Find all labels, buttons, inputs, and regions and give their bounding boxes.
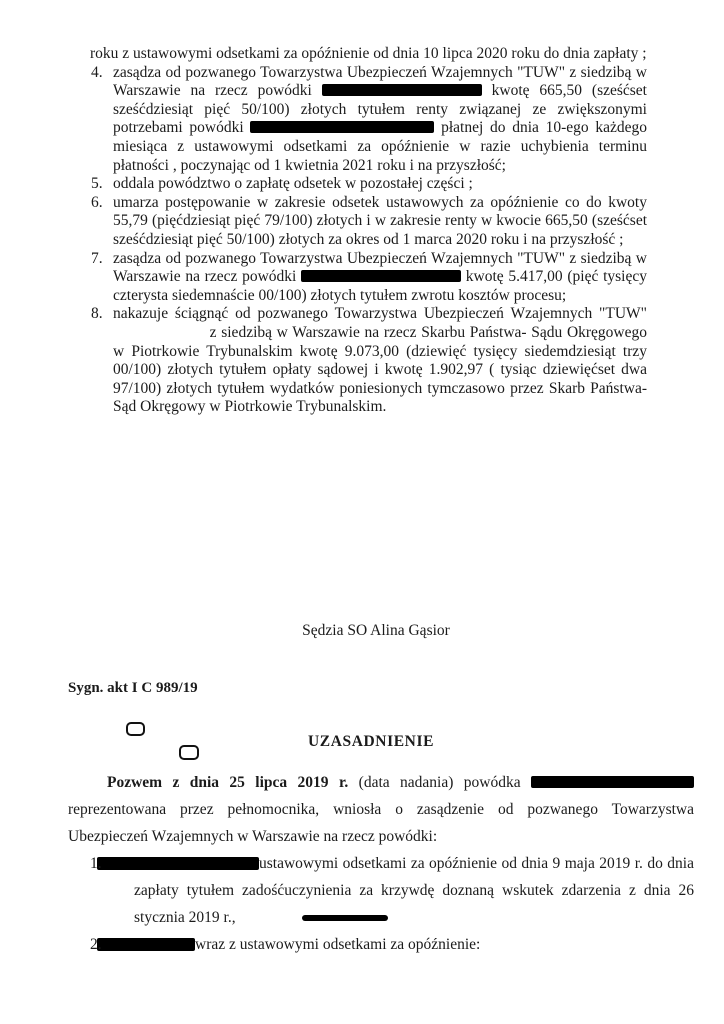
judgment-item: 5.oddala powództwo o zapłatę odsetek w p… (90, 175, 647, 194)
redaction-bar (250, 121, 434, 133)
judgment-continuation-paragraph: roku z ustawowymi odsetkami za opóźnieni… (90, 45, 647, 64)
text-run: wraz z ustawowymi odsetkami za opóźnieni… (195, 936, 480, 953)
item-body: zasądza od pozwanego Towarzystwa Ubezpie… (113, 64, 647, 174)
item-body: zasądza od pozwanego Towarzystwa Ubezpie… (113, 250, 647, 304)
redaction-bar-small (302, 915, 388, 921)
redaction-bar (97, 857, 259, 870)
item-body: nakazuje ściągnąć od pozwanego Towarzyst… (113, 305, 647, 415)
item-number: 8. (91, 305, 103, 324)
text-run: (data nadania) powódka (348, 774, 531, 791)
item-number: 7. (91, 250, 103, 269)
redaction-bar (322, 84, 482, 96)
judgment-section: roku z ustawowymi odsetkami za opóźnieni… (90, 45, 647, 417)
item-number: 4. (91, 64, 103, 83)
scanned-court-document-page: roku z ustawowymi odsetkami za opóźnieni… (0, 0, 724, 1024)
text-run: umarza postępowanie w zakresie odsetek u… (113, 194, 647, 248)
redaction-bar (97, 938, 195, 951)
statement-paragraph: Pozwem z dnia 25 lipca 2019 r. (data nad… (68, 769, 694, 850)
redaction-bar (531, 776, 694, 788)
judgment-item: 6.umarza postępowanie w zakresie odsetek… (90, 194, 647, 250)
judgment-item: 4.zasądza od pozwanego Towarzystwa Ubezp… (90, 64, 647, 176)
item-body: wraz z ustawowymi odsetkami za opóźnieni… (97, 936, 480, 953)
text-run: oddala powództwo o zapłatę odsetek w poz… (113, 175, 473, 192)
blank-gap (113, 336, 205, 337)
section-title: UZASADNIENIE (0, 733, 724, 751)
claim-item: 2.wraz z ustawowymi odsetkami za opóźnie… (68, 931, 694, 958)
uzasadnienie-section: Pozwem z dnia 25 lipca 2019 r. (data nad… (68, 769, 694, 958)
judge-signature: Sędzia SO Alina Gąsior (0, 622, 724, 640)
item-number: 1. (90, 850, 102, 877)
judgment-items: 4.zasądza od pozwanego Towarzystwa Ubezp… (90, 64, 647, 417)
item-body: ustawowymi odsetkami za opóźnienie od dn… (97, 855, 694, 926)
item-body: umarza postępowanie w zakresie odsetek u… (113, 194, 647, 248)
text-run: reprezentowana przez pełnomocnika, wnios… (68, 801, 694, 845)
item-number: 5. (91, 175, 103, 194)
text-run: z siedzibą w Warszawie na rzecz Skarbu P… (113, 324, 647, 415)
item-body: oddala powództwo o zapłatę odsetek w poz… (113, 175, 473, 192)
case-number: Sygn. akt I C 989/19 (68, 680, 198, 697)
judgment-item: 7.zasądza od pozwanego Towarzystwa Ubezp… (90, 250, 647, 306)
item-number: 6. (91, 194, 103, 213)
redaction-bar (301, 270, 461, 282)
text-run: nakazuje ściągnąć od pozwanego Towarzyst… (113, 305, 647, 322)
item-number: 2. (90, 931, 102, 958)
judgment-item: 8.nakazuje ściągnąć od pozwanego Towarzy… (90, 305, 647, 417)
bold-text-run: Pozwem z dnia 25 lipca 2019 r. (107, 774, 348, 791)
claims-list: 1.ustawowymi odsetkami za opóźnienie od … (68, 850, 694, 958)
